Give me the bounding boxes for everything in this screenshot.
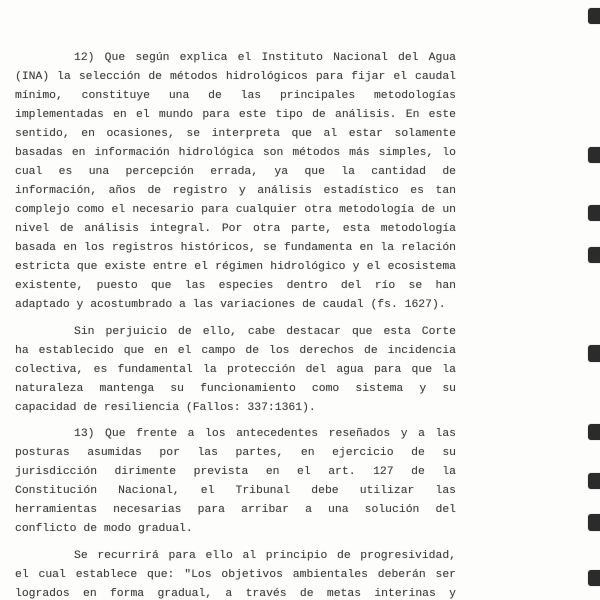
document-line: Sin perjuicio de ello, cabe destacar que… xyxy=(15,323,456,342)
scan-edge-mark xyxy=(588,345,600,362)
document-line: adaptado y acostumbrado a las variacione… xyxy=(15,296,456,315)
document-line: capacidad de resiliencia (Fallos: 337:13… xyxy=(15,399,456,418)
document-line: nivel de análisis integral. Por otra par… xyxy=(15,220,456,239)
document-line: herramientas necesarias para arribar a u… xyxy=(15,501,456,520)
document-line: sentido, en ocasiones, se interpreta que… xyxy=(15,125,456,144)
paragraph: 12) Que según explica el Instituto Nacio… xyxy=(15,49,456,315)
document-line: ha establecido que en el campo de los de… xyxy=(15,342,456,361)
document-line: Se recurrirá para ello al principio de p… xyxy=(15,547,456,566)
document-line: naturaleza mantenga su funcionamiento co… xyxy=(15,380,456,399)
scan-edge-mark xyxy=(588,8,600,24)
document-line: complejo como el necesario para cualquie… xyxy=(15,201,456,220)
document-line: mínimo, constituye una de las principale… xyxy=(15,87,456,106)
document-line: basada en los registros históricos, se f… xyxy=(15,239,456,258)
document-line: implementadas en el mundo para este tipo… xyxy=(15,106,456,125)
document-line: 13) Que frente a los antecedentes reseña… xyxy=(15,425,456,444)
document-text-block: 12) Que según explica el Instituto Nacio… xyxy=(15,49,456,600)
document-line: basadas en información hidrológica son m… xyxy=(15,144,456,163)
scan-edge-mark xyxy=(588,205,600,221)
scan-edge-mark xyxy=(588,570,600,586)
document-line: Constitución Nacional, el Tribunal debe … xyxy=(15,482,456,501)
document-line: existente, puesto que las especies dentr… xyxy=(15,277,456,296)
scanned-document-page: 12) Que según explica el Instituto Nacio… xyxy=(0,0,600,600)
document-line: logrados en forma gradual, a través de m… xyxy=(15,585,456,600)
document-line: información, años de registro y análisis… xyxy=(15,182,456,201)
scan-edge-mark xyxy=(588,247,600,263)
scan-edge-mark xyxy=(588,514,600,531)
document-line: 12) Que según explica el Instituto Nacio… xyxy=(15,49,456,68)
scan-edge-mark xyxy=(588,473,600,489)
document-line: jurisdicción dirimente prevista en el ar… xyxy=(15,463,456,482)
document-line: el cual establece que: "Los objetivos am… xyxy=(15,566,456,585)
scan-edge-mark xyxy=(588,424,600,440)
document-line: posturas asumidas por las partes, en eje… xyxy=(15,444,456,463)
paragraph: Sin perjuicio de ello, cabe destacar que… xyxy=(15,323,456,418)
paragraph: Se recurrirá para ello al principio de p… xyxy=(15,547,456,600)
scan-edge-mark xyxy=(588,147,600,163)
document-line: colectiva, es fundamental la protección … xyxy=(15,361,456,380)
paragraph: 13) Que frente a los antecedentes reseña… xyxy=(15,425,456,539)
document-line: conflicto de modo gradual. xyxy=(15,520,456,539)
document-line: cual es una percepción errada, ya que la… xyxy=(15,163,456,182)
document-line: (INA) la selección de métodos hidrológic… xyxy=(15,68,456,87)
document-line: estricta que existe entre el régimen hid… xyxy=(15,258,456,277)
